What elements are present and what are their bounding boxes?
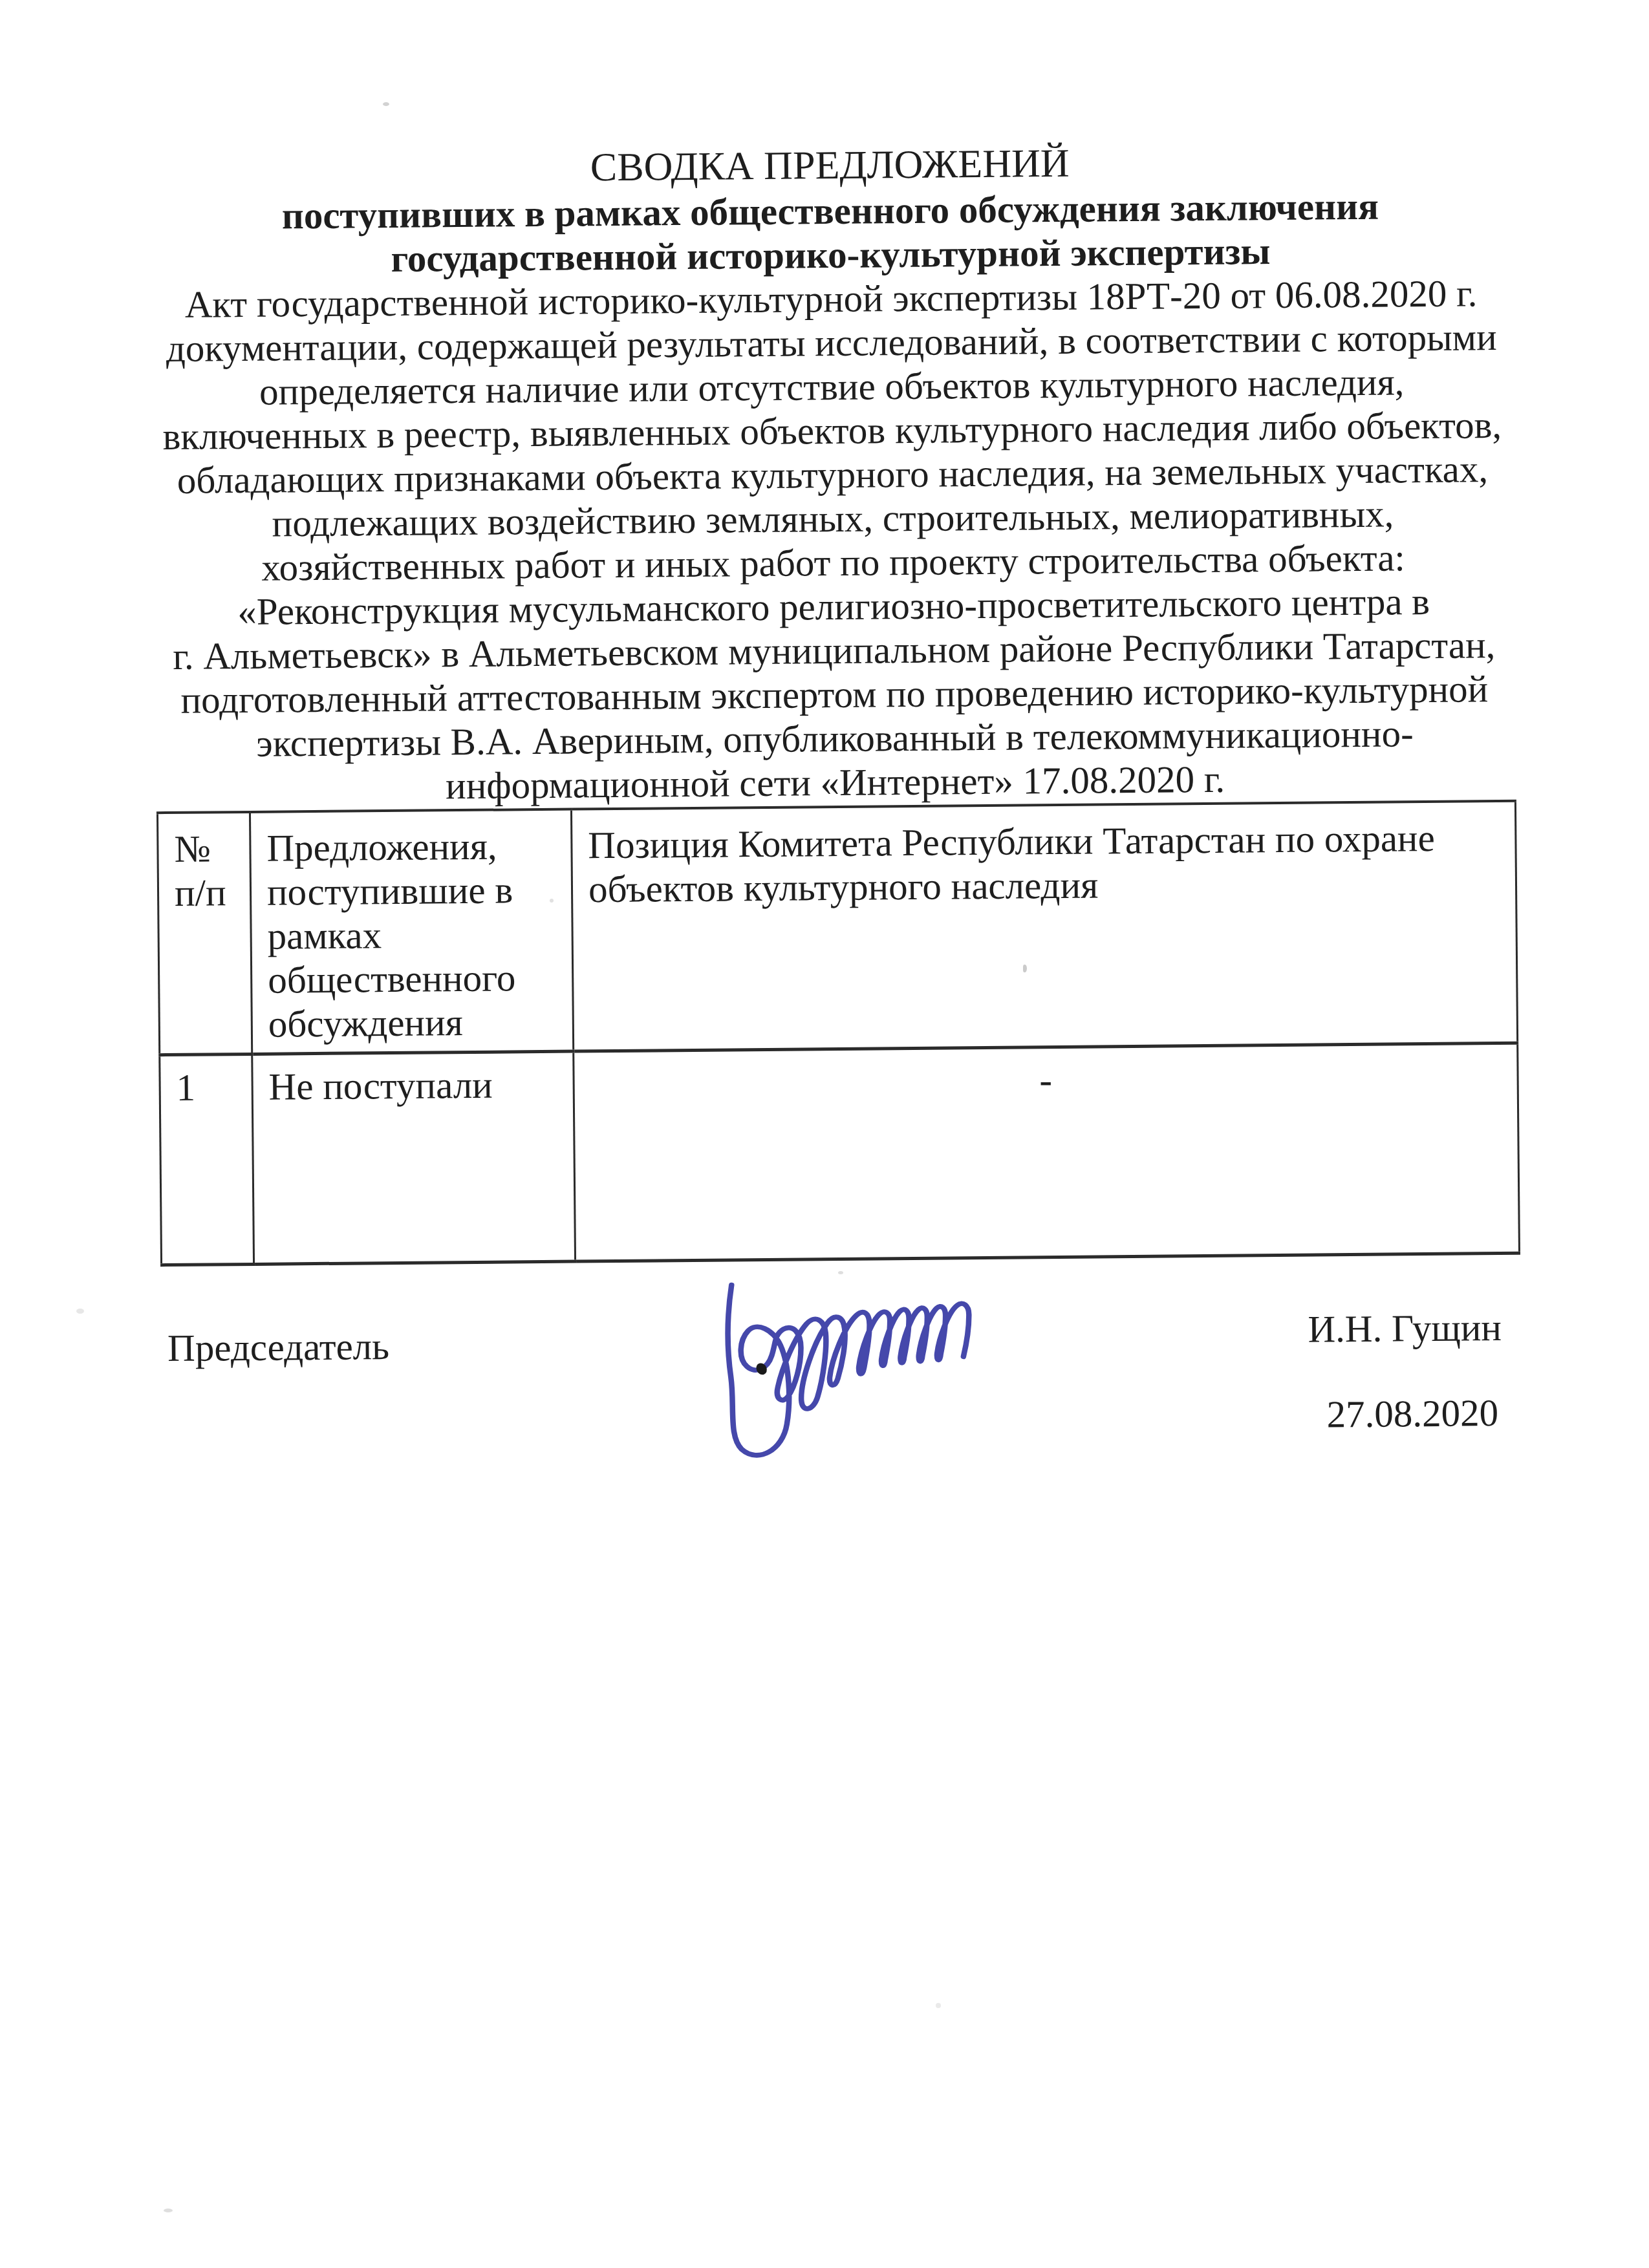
scan-speck <box>164 2209 173 2212</box>
header-cell-position: Позиция Комитета Республики Татарстан по… <box>571 801 1517 1051</box>
handwritten-signature <box>715 1279 995 1469</box>
scan-speck <box>76 1309 84 1314</box>
scan-speck <box>1023 965 1027 972</box>
signoff-name: И.Н. Гущин <box>1308 1305 1502 1351</box>
proposals-table: № п/п Предложения, поступившие в рамках … <box>156 800 1520 1267</box>
scan-speck <box>838 1271 843 1274</box>
scan-speck <box>383 102 389 106</box>
signoff-block: Председатель И.Н. Гущин 27.08.2020 <box>160 1219 1522 1619</box>
header-cell-number: № п/п <box>157 812 252 1055</box>
scan-speck <box>550 899 554 903</box>
signoff-date: 27.08.2020 <box>1326 1391 1498 1436</box>
header-cell-proposals: Предложения, поступившие в рамках общест… <box>250 809 573 1054</box>
header-number-sign: № <box>174 826 234 871</box>
table-header-row: № п/п Предложения, поступившие в рамках … <box>157 801 1517 1055</box>
document-content: СВОДКА ПРЕДЛОЖЕНИЙ поступивших в рамках … <box>149 0 1527 2204</box>
scanned-document-page: СВОДКА ПРЕДЛОЖЕНИЙ поступивших в рамках … <box>0 0 1649 2268</box>
scan-speck <box>936 2003 941 2008</box>
document-header: СВОДКА ПРЕДЛОЖЕНИЙ поступивших в рамках … <box>149 0 1514 810</box>
header-number-sub: п/п <box>175 870 235 915</box>
signoff-role-label: Председатель <box>167 1324 389 1370</box>
